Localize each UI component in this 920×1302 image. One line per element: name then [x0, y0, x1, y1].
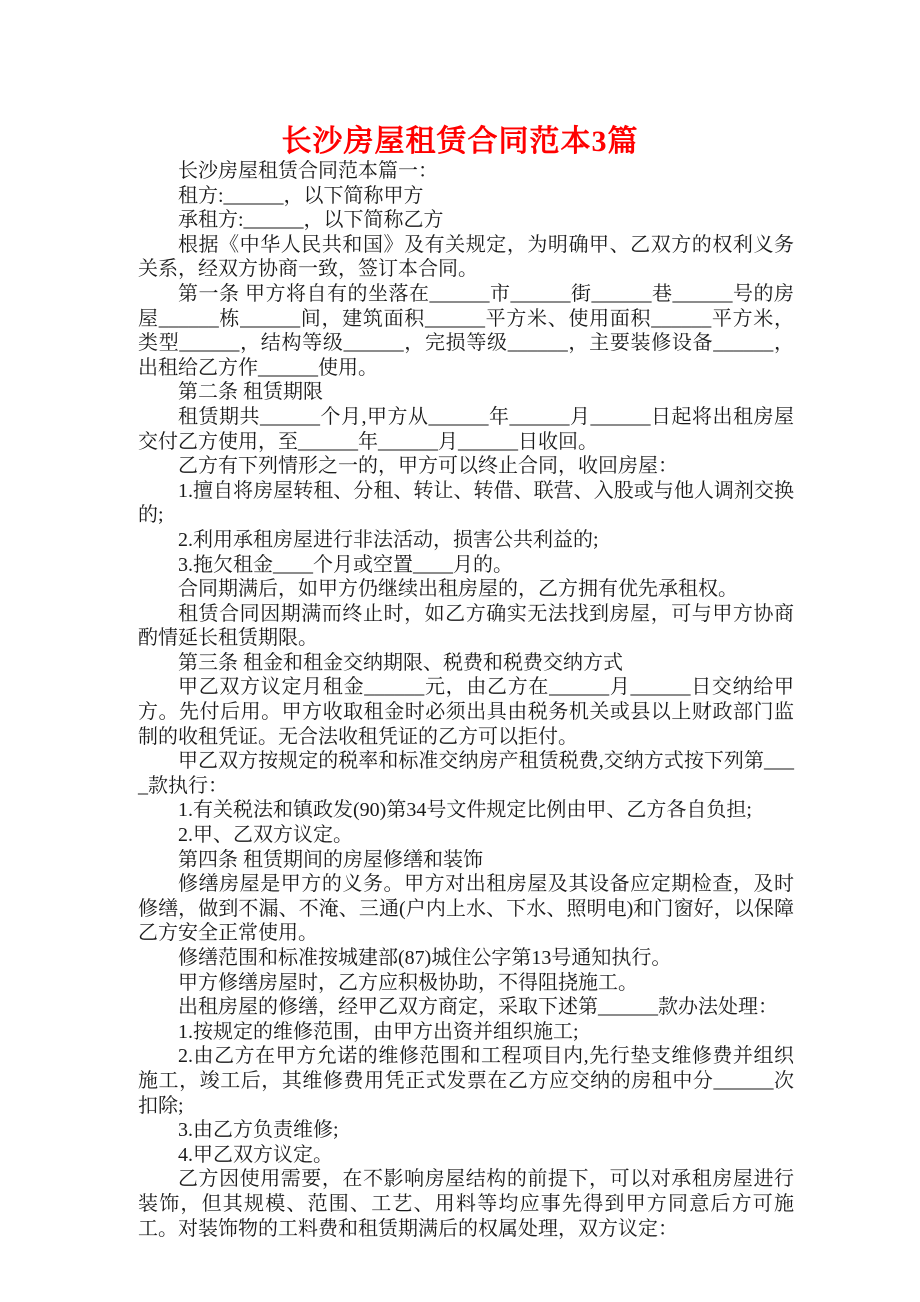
paragraph: 承租方:______，以下简称乙方	[138, 208, 794, 233]
paragraph: 修缮范围和标准按城建部(87)城住公字第13号通知执行。	[138, 946, 794, 971]
paragraph: 1.有关税法和镇政发(90)第34号文件规定比例由甲、乙方各自负担;	[138, 798, 794, 823]
paragraph: 2.甲、乙双方议定。	[138, 823, 794, 848]
paragraph: 2.由乙方在甲方允诺的维修范围和工程项目内,先行垫支维修费并组织施工，竣工后，其…	[138, 1044, 794, 1118]
paragraph: 租赁期共______个月,甲方从______年______月______日起将出…	[138, 405, 794, 454]
paragraph: 1.擅自将房屋转租、分租、转让、转借、联营、入股或与他人调剂交换的;	[138, 479, 794, 528]
paragraph: 4.甲乙双方议定。	[138, 1143, 794, 1168]
paragraph: 租方:______，以下简称甲方	[138, 184, 794, 209]
paragraph: 长沙房屋租赁合同范本篇一：	[138, 159, 794, 184]
paragraph: 乙方因使用需要，在不影响房屋结构的前提下，可以对承租房屋进行装饰，但其规模、范围…	[138, 1167, 794, 1241]
document-body: 长沙房屋租赁合同范本篇一：租方:______，以下简称甲方承租方:______，…	[138, 159, 794, 1241]
paragraph: 1.按规定的维修范围，由甲方出资并组织施工;	[138, 1020, 794, 1045]
paragraph: 租赁合同因期满而终止时，如乙方确实无法找到房屋，可与甲方协商酌情延长租赁期限。	[138, 602, 794, 651]
paragraph: 3.拖欠租金____个月或空置____月的。	[138, 553, 794, 578]
document-title: 长沙房屋租赁合同范本3篇	[0, 116, 920, 160]
paragraph: 甲方修缮房屋时，乙方应积极协助，不得阻挠施工。	[138, 971, 794, 996]
paragraph: 第二条 租赁期限	[138, 380, 794, 405]
paragraph: 乙方有下列情形之一的，甲方可以终止合同，收回房屋：	[138, 454, 794, 479]
paragraph: 2.利用承租房屋进行非法活动，损害公共利益的;	[138, 528, 794, 553]
document-page: 长沙房屋租赁合同范本3篇 长沙房屋租赁合同范本篇一：租方:______，以下简称…	[0, 0, 920, 1302]
paragraph: 修缮房屋是甲方的义务。甲方对出租房屋及其设备应定期检查，及时修缮，做到不漏、不淹…	[138, 872, 794, 946]
paragraph: 合同期满后，如甲方仍继续出租房屋的，乙方拥有优先承租权。	[138, 577, 794, 602]
paragraph: 根据《中华人民共和国》及有关规定，为明确甲、乙双方的权利义务关系，经双方协商一致…	[138, 233, 794, 282]
paragraph: 第四条 租赁期间的房屋修缮和装饰	[138, 848, 794, 873]
paragraph: 第一条 甲方将自有的坐落在______市______街______巷______…	[138, 282, 794, 380]
paragraph: 第三条 租金和租金交纳期限、税费和税费交纳方式	[138, 651, 794, 676]
paragraph: 3.由乙方负责维修;	[138, 1118, 794, 1143]
paragraph: 甲乙双方议定月租金______元，由乙方在______月______日交纳给甲方…	[138, 675, 794, 749]
paragraph: 甲乙双方按规定的税率和标准交纳房产租赁税费,交纳方式按下列第____款执行：	[138, 749, 794, 798]
paragraph: 出租房屋的修缮，经甲乙双方商定，采取下述第______款办法处理：	[138, 995, 794, 1020]
